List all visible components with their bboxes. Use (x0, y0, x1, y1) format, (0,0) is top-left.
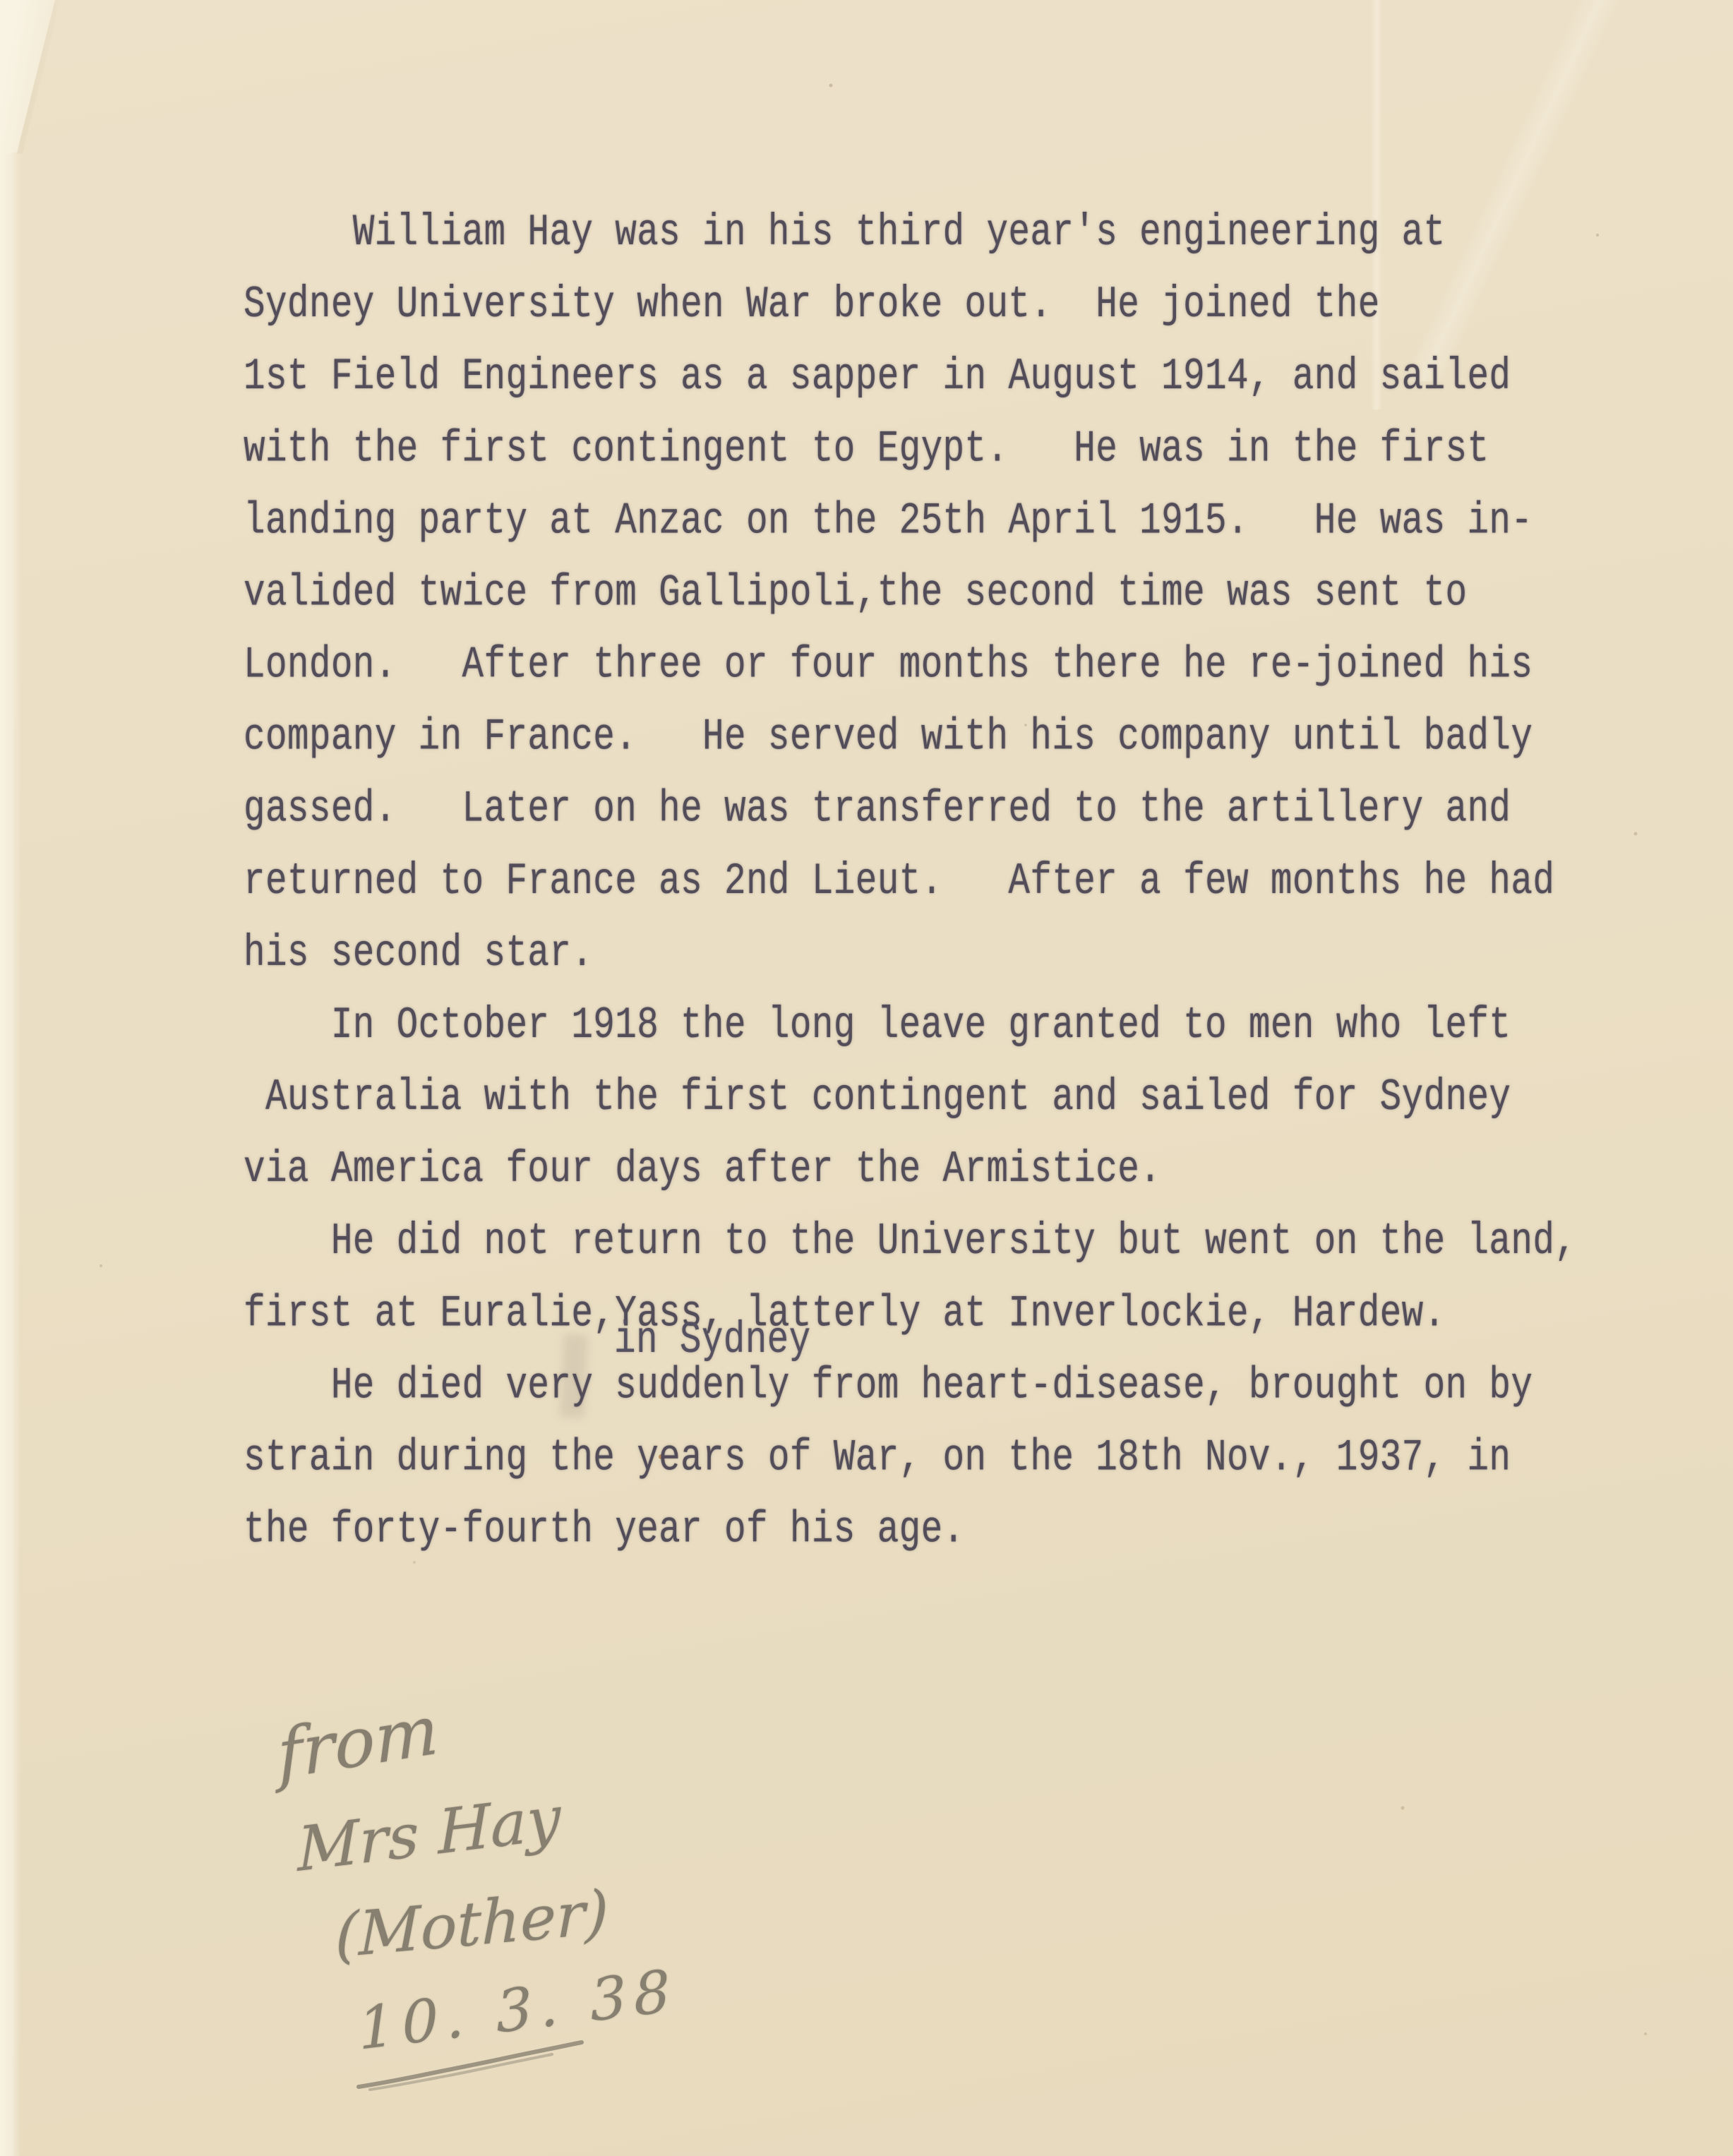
handwritten-from-word: from (275, 1690, 440, 1795)
date-underline (352, 2028, 606, 2105)
handwritten-relation: (Mother) (335, 1877, 608, 1972)
typed-biography-text: William Hay was in his third year's engi… (244, 198, 1576, 1567)
interline-insertion-text: in Sydney (614, 1305, 811, 1377)
document-page: William Hay was in his third year's engi… (0, 0, 1733, 2156)
paper-flecks (0, 0, 1, 1)
handwritten-sender-name: Mrs Hay (297, 1783, 561, 1886)
page-left-edge (0, 0, 21, 2156)
